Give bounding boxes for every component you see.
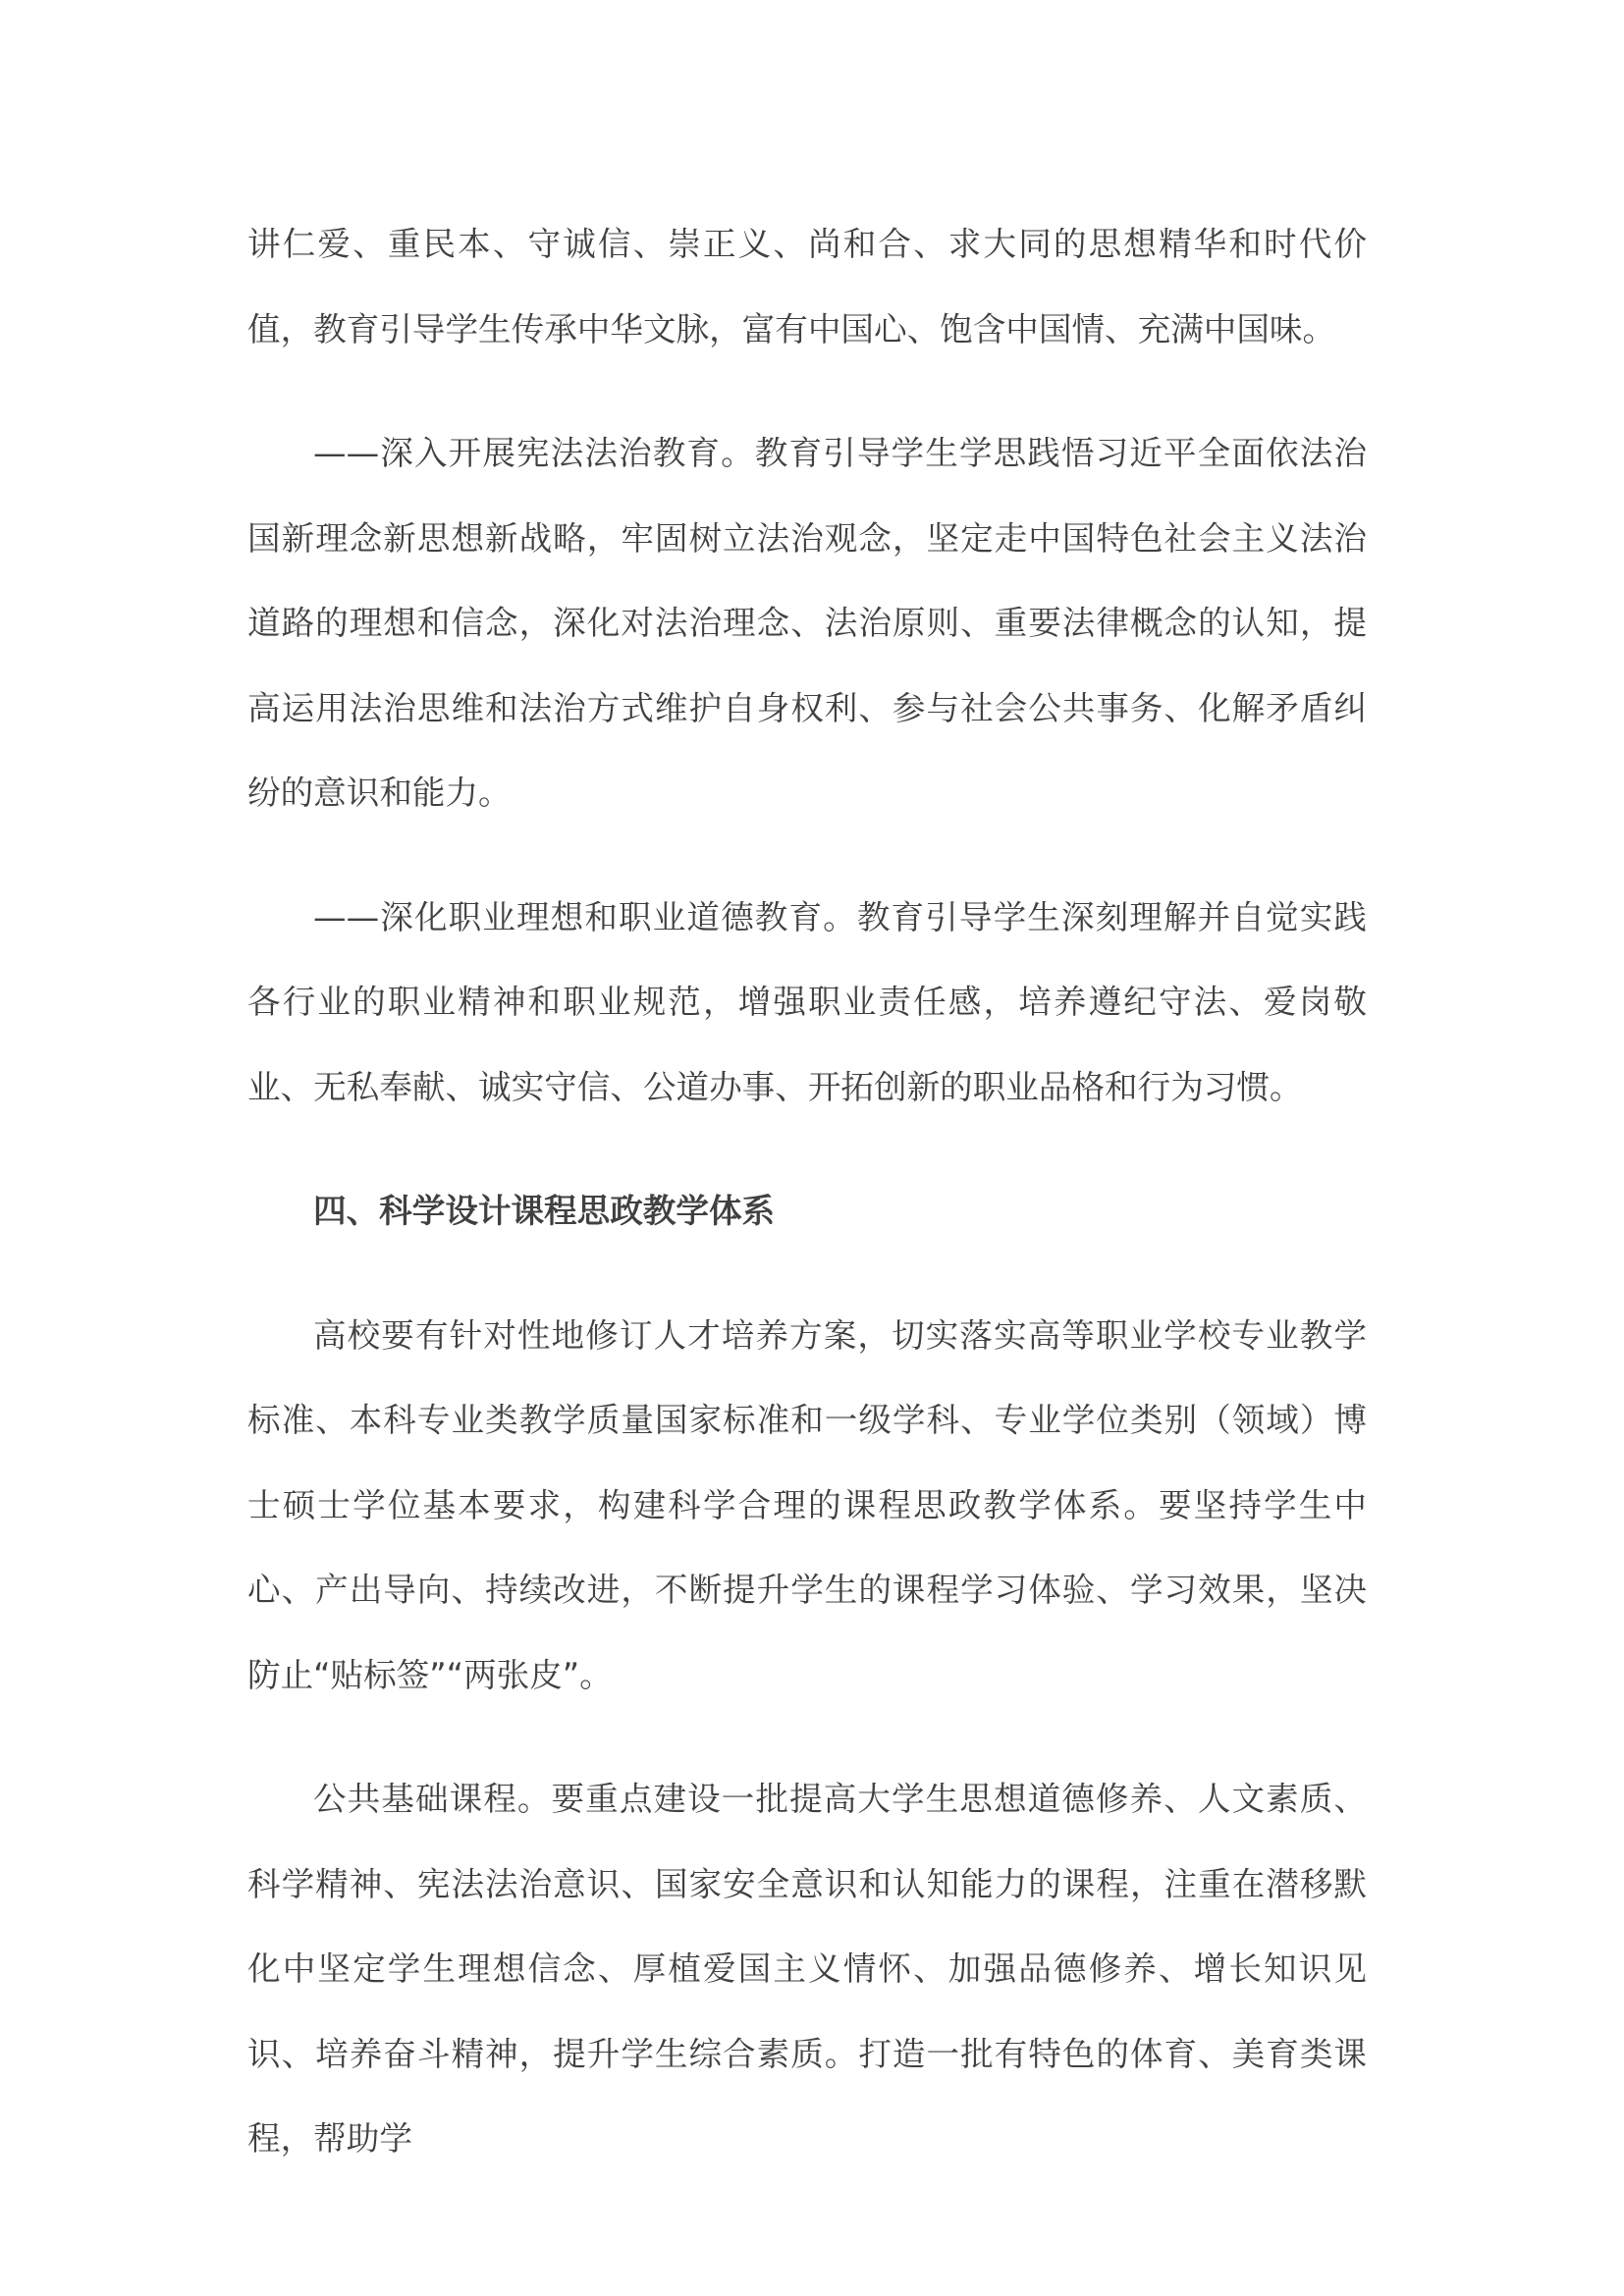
- paragraph-professional-ethics-education: ——深化职业理想和职业道德教育。教育引导学生深刻理解并自觉实践各行业的职业精神和…: [247, 876, 1367, 1131]
- paragraph-rule-of-law-education: ——深入开展宪法法治教育。教育引导学生学思践悟习近平全面依法治国新理念新思想新战…: [247, 411, 1367, 836]
- paragraph-core-values: 讲仁爱、重民本、守诚信、崇正义、尚和合、求大同的思想精华和时代价值，教育引导学生…: [247, 202, 1367, 372]
- section-heading-4: 四、科学设计课程思政教学体系: [247, 1169, 1367, 1255]
- paragraph-public-basic-courses: 公共基础课程。要重点建设一批提高大学生思想道德修养、人文素质、科学精神、宪法法治…: [247, 1757, 1367, 2182]
- paragraph-teaching-system: 高校要有针对性地修订人才培养方案，切实落实高等职业学校专业教学标准、本科专业类教…: [247, 1294, 1367, 1719]
- document-page: 讲仁爱、重民本、守诚信、崇正义、尚和合、求大同的思想精华和时代价值，教育引导学生…: [247, 202, 1367, 2221]
